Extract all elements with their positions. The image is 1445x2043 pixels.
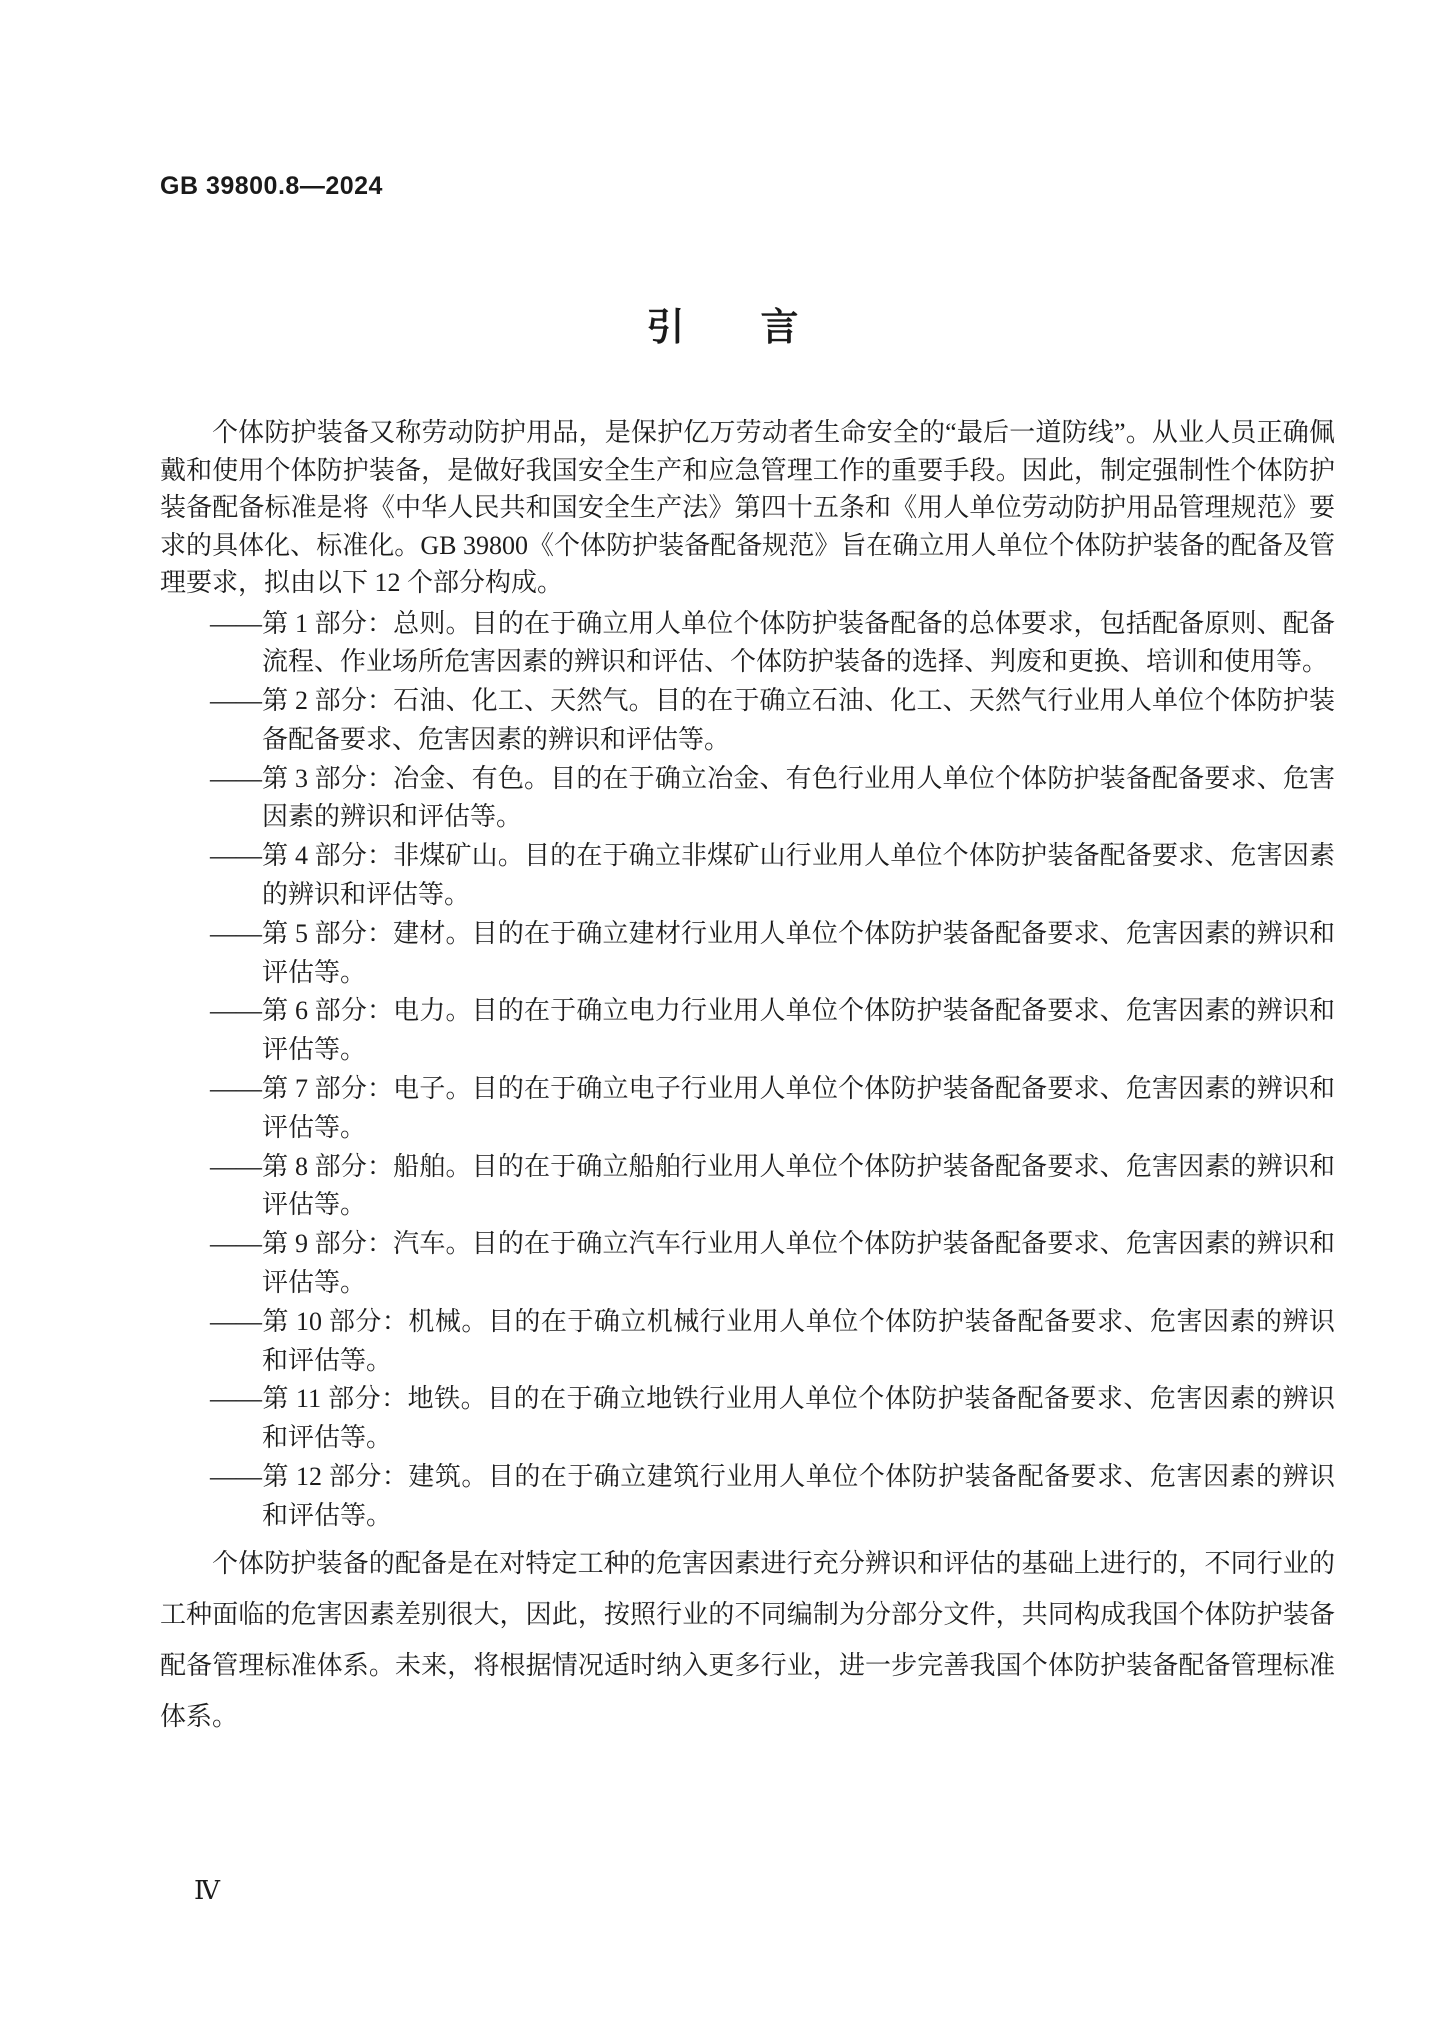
part-item: ——第 6 部分：电力。目的在于确立电力行业用人单位个体防护装备配备要求、危害因… (160, 992, 1335, 1070)
part-item: ——第 9 部分：汽车。目的在于确立汽车行业用人单位个体防护装备配备要求、危害因… (160, 1225, 1335, 1303)
intro-paragraph: 个体防护装备又称劳动防护用品，是保护亿万劳动者生命安全的“最后一道防线”。从业人… (160, 414, 1335, 602)
closing-paragraph: 个体防护装备的配备是在对特定工种的危害因素进行充分辨识和评估的基础上进行的，不同… (160, 1538, 1335, 1742)
part-item: ——第 7 部分：电子。目的在于确立电子行业用人单位个体防护装备配备要求、危害因… (160, 1070, 1335, 1148)
standard-number: GB 39800.8—2024 (160, 172, 383, 201)
part-item: ——第 8 部分：船舶。目的在于确立船舶行业用人单位个体防护装备配备要求、危害因… (160, 1148, 1335, 1226)
part-item: ——第 2 部分：石油、化工、天然气。目的在于确立石油、化工、天然气行业用人单位… (160, 682, 1335, 760)
part-item: ——第 3 部分：冶金、有色。目的在于确立冶金、有色行业用人单位个体防护装备配备… (160, 760, 1335, 838)
part-item: ——第 12 部分：建筑。目的在于确立建筑行业用人单位个体防护装备配备要求、危害… (160, 1458, 1335, 1536)
page-number: Ⅳ (194, 1876, 220, 1906)
part-item: ——第 5 部分：建材。目的在于确立建材行业用人单位个体防护装备配备要求、危害因… (160, 915, 1335, 993)
part-item: ——第 10 部分：机械。目的在于确立机械行业用人单位个体防护装备配备要求、危害… (160, 1303, 1335, 1381)
part-item: ——第 4 部分：非煤矿山。目的在于确立非煤矿山行业用人单位个体防护装备配备要求… (160, 837, 1335, 915)
parts-list: ——第 1 部分：总则。目的在于确立用人单位个体防护装备配备的总体要求，包括配备… (160, 605, 1335, 1536)
document-page: GB 39800.8—2024 引 言 个体防护装备又称劳动防护用品，是保护亿万… (0, 0, 1445, 2043)
document-body: 个体防护装备又称劳动防护用品，是保护亿万劳动者生命安全的“最后一道防线”。从业人… (160, 414, 1335, 1742)
part-item: ——第 11 部分：地铁。目的在于确立地铁行业用人单位个体防护装备配备要求、危害… (160, 1380, 1335, 1458)
part-item: ——第 1 部分：总则。目的在于确立用人单位个体防护装备配备的总体要求，包括配备… (160, 605, 1335, 683)
page-title: 引 言 (0, 296, 1445, 351)
